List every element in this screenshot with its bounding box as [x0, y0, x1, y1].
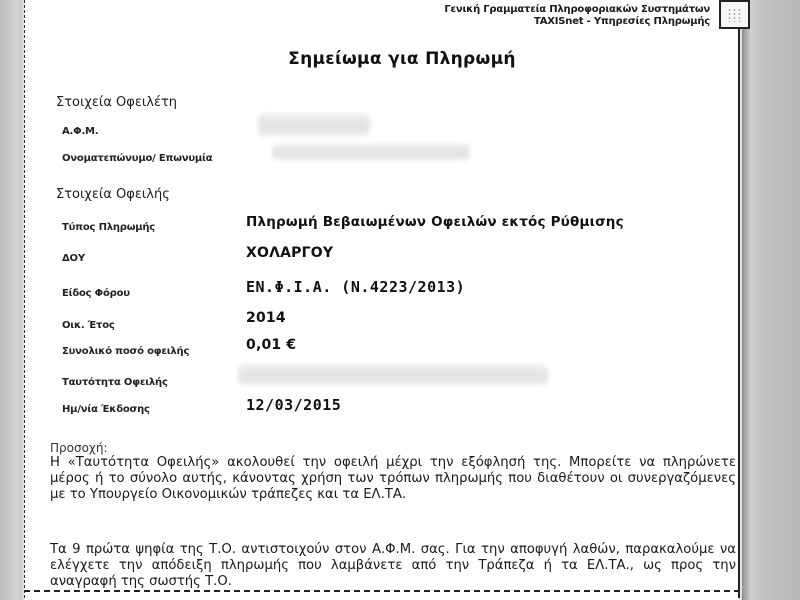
issue-date-value: 12/03/2015	[246, 396, 341, 414]
tax-office-value: ΧΟΛΑΡΓΟΥ	[246, 245, 333, 261]
fiscal-year-value: 2014	[246, 310, 286, 326]
notice-paragraph-1: Η «Ταυτότητα Οφειλής» ακολουθεί την οφει…	[50, 455, 736, 503]
total-amount-label: Συνολικό ποσό οφειλής	[62, 346, 189, 357]
name-value-redacted	[272, 143, 470, 161]
agency-name: Γενική Γραμματεία Πληροφοριακών Συστημάτ…	[444, 4, 710, 16]
service-name: TAXISnet - Υπηρεσίες Πληρωμής	[444, 16, 710, 28]
notice-heading: Προσοχή:	[50, 441, 108, 455]
name-label: Ονοματεπώνυμο/ Επωνυμία	[62, 153, 212, 164]
payment-type-label: Τύπος Πληρωμής	[62, 222, 155, 233]
debt-id-value-redacted	[238, 364, 548, 386]
debt-section-title: Στοιχεία Οφειλής	[56, 187, 170, 202]
page-bottom-edge	[24, 590, 740, 593]
page-edge-shadow	[742, 0, 750, 600]
afm-label: Α.Φ.Μ.	[62, 126, 98, 137]
tax-office-label: ΔΟΥ	[62, 253, 85, 264]
afm-value-redacted	[258, 113, 370, 137]
debt-id-label: Ταυτότητα Οφειλής	[62, 377, 168, 388]
document-sheet	[24, 0, 740, 598]
tax-type-label: Είδος Φόρου	[62, 288, 130, 299]
agency-header: Γενική Γραμματεία Πληροφοριακών Συστημάτ…	[444, 4, 710, 28]
document-title: Σημείωμα για Πληρωμή	[0, 49, 800, 69]
issue-date-label: Ημ/νία Έκδοσης	[62, 404, 150, 415]
tax-type-value: ΕΝ.Φ.Ι.Α. (Ν.4223/2013)	[246, 278, 465, 296]
total-amount-value: 0,01 €	[246, 337, 296, 353]
qr-code-icon	[719, 0, 750, 29]
payment-type-value: Πληρωμή Βεβαιωμένων Οφειλών εκτός Ρύθμισ…	[246, 214, 624, 230]
fiscal-year-label: Οικ. Έτος	[62, 320, 115, 331]
notice-paragraph-2: Τα 9 πρώτα ψηφία της Τ.Ο. αντιστοιχούν σ…	[50, 542, 736, 590]
debtor-section-title: Στοιχεία Οφειλέτη	[56, 95, 177, 110]
